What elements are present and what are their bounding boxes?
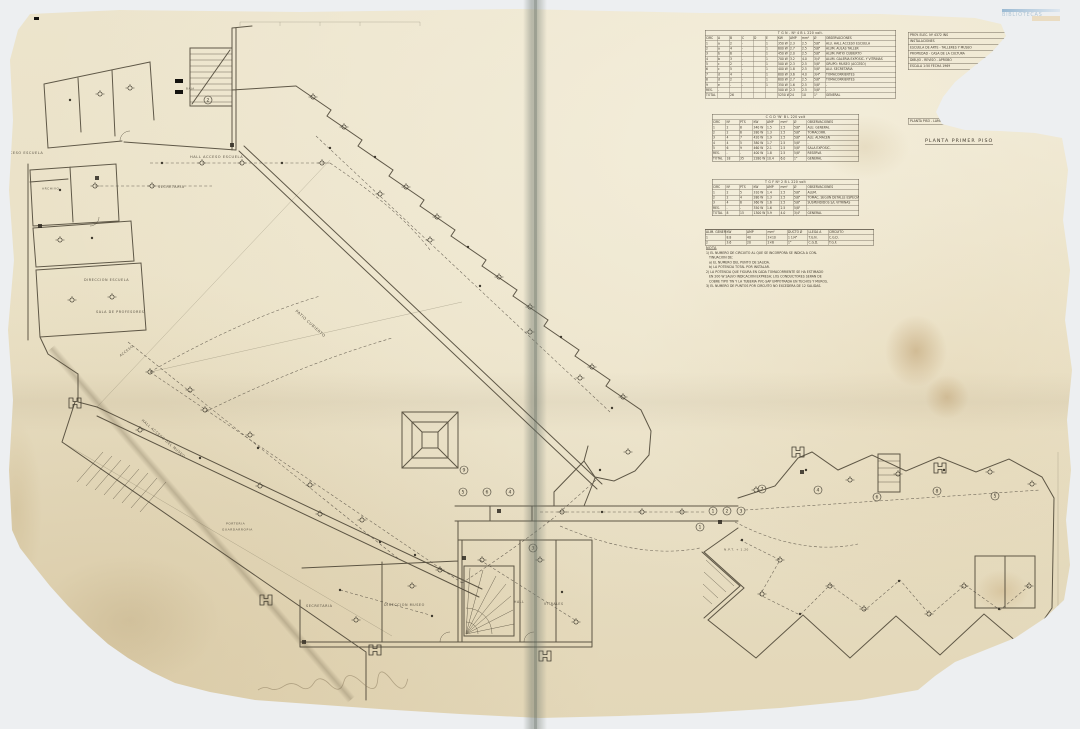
light-fixture-icon [846, 476, 855, 482]
legend-col-header: mm² [801, 36, 813, 41]
legend-cell: 1 [706, 41, 718, 46]
legend-cell: 4.0 [801, 72, 813, 77]
legend-cell: 5/8" [793, 206, 807, 211]
legend-cell: - [741, 62, 753, 67]
legend-cell: 1 [706, 235, 726, 240]
light-fixture-icon [329, 147, 331, 149]
light-fixture-icon [96, 90, 105, 96]
legend-cell: RESERVA [807, 151, 859, 156]
legend-col-header: KW [753, 185, 767, 190]
title-strip-text: PLANTA PISO - LAMINA 2 DE 5 - ESCALA 1:5… [908, 118, 1053, 125]
legend-cell: SUSPENDIDOS S/L VITRINAS [807, 201, 859, 206]
legend-cell: 2.3 [789, 62, 801, 67]
light-fixture-icon [601, 511, 603, 513]
legend-cell: T.G.N. [808, 235, 829, 240]
legend-cell: 500 W [777, 88, 789, 93]
legend-cell: 3.6 [789, 72, 801, 77]
legend-cell: 2.5 [801, 67, 813, 72]
legend-cell: ALU. HALL ACCESO ESCUELA [825, 41, 896, 46]
legend-cell: e [717, 83, 729, 88]
legend-col-header: OBSERVACIONES [825, 36, 896, 41]
light-fixture-icon [108, 293, 117, 299]
legend-col-header: CIRC [713, 185, 726, 190]
legend-col-header: ALIM. GENERAL Nº [706, 230, 726, 235]
legend-cell: - [717, 88, 729, 93]
legend-table-header: CIRCNºPTSKWAMPmm²ØOBSERVACIONES [713, 120, 859, 125]
light-fixture-icon [408, 582, 417, 588]
light-fixture-icon [431, 615, 433, 617]
legend-cell: 4 [739, 195, 753, 200]
svg-text:1: 1 [699, 525, 702, 531]
legend-cell: 6 [729, 52, 741, 57]
legend-cell: 5/8" [813, 52, 825, 57]
legend-cell [753, 41, 765, 46]
legend-cell: 1.9 [766, 136, 780, 141]
legend-cell: 5 [739, 190, 753, 195]
legend-table-row: 1a2-1350 W2.32.55/8"ALU. HALL ACCESO ESC… [706, 41, 896, 46]
plan-title-label: PLANTA PRIMER PISO [925, 138, 993, 145]
svg-text:6: 6 [876, 495, 879, 501]
legend-cell: 420 W [753, 136, 767, 141]
legend-table-row: 6c5-1400 W1.82.55/8"ALU. SECRETARIA [706, 67, 896, 72]
svg-text:9: 9 [463, 468, 466, 474]
legend-cell: 5/8" [793, 125, 807, 130]
legend-cell: 5 [729, 67, 741, 72]
legend-table-row: 9e--1350 W1.62.55/8"- [706, 82, 896, 87]
legend-cell: 5/8" [813, 46, 825, 51]
legend-cell: 1.8 [789, 67, 801, 72]
legend-cell: 3.6 [726, 240, 747, 245]
legend-table-row: 445380 W1.72.55/8"- [713, 140, 859, 145]
legend-cell: 2.5 [780, 195, 794, 200]
legend-cell: 40 [746, 235, 767, 240]
circuit-number-badge: 2 [723, 507, 731, 515]
legend-cell: 1.8 [766, 151, 780, 156]
legend-cell: 15 [739, 211, 753, 216]
legend-cell: 3×10 [767, 235, 788, 240]
legend-cell [741, 93, 753, 98]
legend-cell: 2.5 [801, 78, 813, 83]
legend-cell: 1 [765, 67, 777, 72]
light-fixture-icon [339, 589, 341, 591]
legend-col-header: Ø [793, 185, 807, 190]
legend-cell: SALA EXPOSIC. [807, 146, 859, 151]
legend-cell: 2.5 [780, 206, 794, 211]
legend-col-header: Ø [813, 36, 825, 41]
legend-col-header: Nº [726, 120, 740, 125]
legend-cell: - [741, 67, 753, 72]
legend-cell: ALU. ALMACEN [807, 136, 859, 141]
legend-cell: 280 W [753, 195, 767, 200]
legend-cell: 350 W [777, 41, 789, 46]
light-fixture-icon [414, 554, 416, 556]
legend-cell: 9 [706, 83, 718, 88]
light-fixture-icon [898, 580, 900, 582]
legend-cell [765, 93, 777, 98]
circuit-number-badge: 2 [204, 96, 212, 104]
legend-cell: 1 [713, 125, 726, 130]
light-fixture-icon [776, 556, 785, 562]
registration-mark [175, 90, 183, 94]
light-fixture-icon [799, 613, 801, 615]
legend-table-row: 7d4-1800 W3.64.03/4"TOMACORRIENTES [706, 72, 896, 77]
legend-cell: 5/8" [793, 136, 807, 141]
room-label: PORTERIA [226, 522, 245, 526]
legend-cell: 6 [739, 130, 753, 135]
legend-cell: 1" [793, 156, 807, 161]
legend-cell: 2 [729, 41, 741, 46]
legend-table-row: 23.6202×61"C.G.D.T.G.F. [706, 240, 874, 245]
legend-col-header: AMP [766, 120, 780, 125]
legend-cell: 2.5 [801, 62, 813, 67]
light-fixture-icon [198, 159, 207, 165]
scan-fold-core [534, 0, 537, 729]
circuit-number-badge: 6 [483, 488, 491, 496]
legend-col-header: LLEGA A [808, 230, 829, 235]
legend-cell: 1 [765, 78, 777, 83]
legend-cell: 460 W [753, 146, 767, 151]
legend-cell: 2 [726, 130, 740, 135]
legend-cell: 2.7 [789, 46, 801, 51]
legend-cell: 1 [765, 46, 777, 51]
light-fixture-icon [925, 610, 934, 616]
legend-cell: 8 [739, 125, 753, 130]
legend-cell: - [741, 52, 753, 57]
legend-table-row: TOTAL18352280 W10.46.01"GENERAL [713, 156, 859, 161]
electrical-panel-icon [230, 143, 234, 147]
legend-cell: 3/4" [813, 57, 825, 62]
note-line: 3) EL NUMERO DE PUNTOS POR CIRCUITO NO E… [706, 284, 882, 289]
legend-cell: 350 W [753, 206, 767, 211]
legend-col-header: A [717, 36, 729, 41]
legend-cell [753, 72, 765, 77]
legend-table-header: CIRCNºPTSKWAMPmm²ØOBSERVACIONES [713, 185, 859, 190]
light-fixture-icon [467, 246, 469, 248]
legend-cell: 800 W [777, 72, 789, 77]
registration-mark [30, 6, 36, 9]
legend-table-row: RES.-500 W2.32.55/8"- [706, 87, 896, 92]
legend-cell: 700 W [777, 57, 789, 62]
legend-cell: 1.3 [766, 130, 780, 135]
legend-cell: 2 [729, 62, 741, 67]
circuit-number-badge: 6 [873, 493, 881, 501]
light-fixture-icon [379, 541, 381, 543]
legend-cell: - [726, 151, 740, 156]
legend-cell: GENERAL [807, 156, 859, 161]
legend-cell: ALUM. [807, 190, 859, 195]
legend-col-header: C [741, 36, 753, 41]
legend-cell: 2.5 [780, 136, 794, 141]
legend-cell: 5/8" [813, 62, 825, 67]
registration-mark [175, 79, 183, 83]
room-label: N.P.T. + 1.20 [724, 549, 749, 552]
light-fixture-icon [257, 447, 259, 449]
light-fixture-icon [69, 99, 71, 101]
legend-cell: 4 [726, 136, 740, 141]
legend-col-header: mm² [780, 120, 794, 125]
legend-cell [753, 83, 765, 88]
legend-cell: d [717, 72, 729, 77]
legend-cell: 4 [706, 57, 718, 62]
legend-table: T G F Nº 2 B L 220 voltCIRCNºPTSKWAMPmm²… [712, 179, 859, 216]
light-fixture-icon [91, 182, 100, 188]
legend-table-row: RES.--400 W1.82.55/8"RESERVA [713, 151, 859, 156]
legend-col-header: AMP [789, 36, 801, 41]
svg-text:3: 3 [740, 509, 743, 515]
legend-cell: 5.9 [766, 211, 780, 216]
legend-cell: 1 [765, 41, 777, 46]
legend-cell: 18 [726, 156, 740, 161]
legend-table-row: 226280 W1.32.55/8"TOMACORR. [713, 130, 859, 135]
legend-cell: 6 [739, 201, 753, 206]
room-label: ARCHIVO [42, 187, 59, 191]
light-fixture-icon [561, 591, 563, 593]
legend-cell: - [726, 206, 740, 211]
legend-cell: 3 [729, 57, 741, 62]
legend-col-header: Nº [726, 185, 740, 190]
light-fixture-icon [741, 539, 743, 541]
legend-cell: GENERAL [825, 93, 896, 98]
legend-cell: - [807, 206, 859, 211]
legend-cell: 450 W [777, 52, 789, 57]
legend-cell: 280 W [753, 130, 767, 135]
legend-cell: d [717, 78, 729, 83]
legend-cell: 1 [765, 83, 777, 88]
legend-cell: 1 [765, 57, 777, 62]
legend-cell: 5 [739, 141, 753, 146]
legend-cell: 2 [706, 240, 726, 245]
legend-table-row: 569460 W2.12.55/8"SALA EXPOSIC. [713, 145, 859, 150]
room-label: SALA DE PROFESORES [96, 310, 144, 314]
legend-cell: 2 [726, 125, 740, 130]
light-fixture-icon [199, 457, 201, 459]
legend-cell: b [717, 57, 729, 62]
legend-cell: 2 [726, 195, 740, 200]
svg-text:4: 4 [509, 490, 512, 496]
legend-cell: 2.5 [780, 125, 794, 130]
legend-cell: 3/4" [813, 72, 825, 77]
legend-cell: 3 [713, 201, 726, 206]
legend-cell: ALU. SECRETARIA [825, 67, 896, 72]
circuit-number-badge: 4 [814, 486, 822, 494]
legend-cell: 1.6 [766, 206, 780, 211]
svg-text:6: 6 [486, 490, 489, 496]
legend-cell: 2 [706, 46, 718, 51]
legend-cell: 5/8" [793, 195, 807, 200]
legend-cell: 2.5 [801, 88, 813, 93]
legend-cell: - [739, 206, 753, 211]
circuit-number-badge: 1 [696, 523, 704, 531]
legend-table-row: 4b3-1700 W3.24.03/4"ALUM. GALERIA EXPOSI… [706, 56, 896, 61]
legend-cell [765, 88, 777, 93]
electrical-panel-icon [497, 509, 501, 513]
legend-cell: - [741, 46, 753, 51]
legend-cell: 6 [706, 67, 718, 72]
legend-col-header: mm² [767, 230, 788, 235]
legend-cell: TOTAL [713, 156, 726, 161]
legend-cell [753, 93, 765, 98]
guide-lines [62, 22, 1058, 640]
light-fixture-icon [238, 159, 247, 165]
legend-cell: 2.1 [766, 146, 780, 151]
legend-cell [741, 88, 753, 93]
legend-cell [753, 78, 765, 83]
legend-cell: 5 [706, 62, 718, 67]
legend-cell [753, 88, 765, 93]
legend-col-header: AMP [766, 185, 780, 190]
legend-cell: 2.5 [780, 141, 794, 146]
legend-cell: 5/8" [793, 146, 807, 151]
legend-table-row: 8d2-1600 W2.72.55/8"TOMACORRIENTES [706, 77, 896, 82]
light-fixture-icon [986, 468, 995, 474]
legend-cell: - [729, 83, 741, 88]
legend-cell: 1 [765, 72, 777, 77]
legend-cell: 2.0 [789, 52, 801, 57]
registration-mark [8, 12, 12, 14]
legend-cell: 4 [729, 46, 741, 51]
legend-cell: 10 [801, 93, 813, 98]
legend-cell: 2.3 [789, 88, 801, 93]
legend-cell: - [741, 78, 753, 83]
svg-text:2: 2 [726, 509, 729, 515]
light-fixture-icon [318, 159, 327, 165]
room-label: SECRETARIA [158, 185, 185, 189]
legend-cell: a [717, 41, 729, 46]
legend-cell: 26 [729, 93, 741, 98]
light-fixture-icon [479, 285, 481, 287]
legend-col-header: PTS [739, 185, 753, 190]
notes-title: NOTA [706, 246, 882, 250]
legend-cell: 380 W [753, 141, 767, 146]
legend-cell: 2×6 [767, 240, 788, 245]
column-marker-icon [792, 447, 804, 457]
legend-cell: 1.6 [789, 83, 801, 88]
legend-cell: 5/8" [813, 78, 825, 83]
library-watermark: BIBLIOTECAS [1002, 9, 1080, 23]
legend-cell: 5/8" [793, 151, 807, 156]
legend-cell: - [825, 88, 896, 93]
circuit-number-badge: 5 [459, 488, 467, 496]
legend-cell: 400 W [777, 67, 789, 72]
legend-cell: TOMAC. SEGUN DETALLE ESPECIAL [807, 195, 859, 200]
legend-cell: ALU. GENERAL [807, 125, 859, 130]
electrical-panel-icon [800, 470, 804, 474]
legend-cell: 3/4" [793, 211, 807, 216]
legend-cell: ALUM. PATIO CUBIERTO [825, 52, 896, 57]
legend-table-row: 128340 W1.52.55/8"ALU. GENERAL [713, 125, 859, 130]
title-block: PROY. ELEC. Nº 4372 INSINSTALACIONESESCU… [908, 32, 1039, 70]
light-fixture-icon [68, 296, 77, 302]
legend-table-row: 3b6-1450 W2.02.55/8"ALUM. PATIO CUBIERTO [706, 51, 896, 56]
legend-cell: 2.5 [801, 83, 813, 88]
legend-cell: 400 W [753, 151, 767, 156]
legend-cell: 8 [726, 211, 740, 216]
legend-cell [729, 88, 741, 93]
electrical-panel-icon [95, 176, 99, 180]
legend-cell: 5/8" [793, 130, 807, 135]
legend-table-row: 5c2-1500 W2.32.55/8"GRUPO: MUSEO (ACCESO… [706, 61, 896, 66]
legend-cell: 310 W [753, 190, 767, 195]
legend-cell: - [741, 41, 753, 46]
legend-cell [717, 93, 729, 98]
registration-mark [34, 17, 39, 20]
legend-table-row: TOTAL8151300 W5.94.03/4"GENERAL [713, 210, 859, 215]
light-fixture-icon [638, 508, 647, 514]
legend-cell: 1" [813, 93, 825, 98]
legend-cell: 1 [765, 62, 777, 67]
legend-cell: 600 W [777, 46, 789, 51]
legend-col-header: KW [753, 120, 767, 125]
legend-cell: - [825, 83, 896, 88]
light-fixture-icon [678, 508, 687, 514]
circuit-number-badge: 4 [506, 488, 514, 496]
svg-text:5: 5 [994, 494, 997, 500]
legend-cell: - [741, 72, 753, 77]
legend-cell: 2.7 [789, 78, 801, 83]
room-label: ACCESO ESCUELA [4, 151, 43, 155]
light-fixture-icon [560, 336, 562, 338]
scanned-blueprint-viewer: 291235643746851 ACCESO ESCUELAHALL ACCES… [0, 0, 1080, 729]
light-fixture-icon [56, 236, 65, 242]
legend-cell: 4 [726, 201, 740, 206]
legend-cell: 2 [713, 130, 726, 135]
legend-cell: 5/8" [813, 83, 825, 88]
legend-cell: TOTAL [706, 93, 718, 98]
legend-cell: - [739, 151, 753, 156]
legend-cell: 7 [706, 72, 718, 77]
legend-cell: a [717, 46, 729, 51]
svg-text:2: 2 [207, 98, 210, 104]
title-block-row: ESCALA 1:50 FECHA 1969 [908, 64, 1039, 70]
legend-cell: 9 [739, 146, 753, 151]
legend-cell: 24 [789, 93, 801, 98]
light-fixture-icon [281, 162, 283, 164]
legend-cell: ALUM. AULAS TALLER [825, 46, 896, 51]
legend-table-header: ALIM. GENERAL NºKWAMPmm²DUCTO ØLLEGA ACI… [706, 230, 874, 235]
legend-cell: 2.5 [780, 190, 794, 195]
legend-cell: 20 [746, 240, 767, 245]
legend-cell: 3 [706, 52, 718, 57]
legend-col-header: OBSERVACIONES [807, 185, 859, 190]
legend-col-header: B [729, 36, 741, 41]
legend-cell: TOTAL [713, 211, 726, 216]
room-label: BAJA [186, 88, 195, 91]
legend-table-row: 224280 W1.32.55/8"TOMAC. SEGUN DETALLE E… [713, 195, 859, 200]
light-fixture-icon [148, 182, 157, 188]
legend-cell: 6 [726, 146, 740, 151]
legend-table-row: 2a4-1600 W2.72.55/8"ALUM. AULAS TALLER [706, 46, 896, 51]
legend-cell [753, 67, 765, 72]
legend-cell: b [717, 52, 729, 57]
legend-cell: 500 W [777, 62, 789, 67]
legend-cell: 5/8" [813, 67, 825, 72]
legend-cell [753, 46, 765, 51]
legend-cell: 5/8" [793, 141, 807, 146]
legend-col-header: E [765, 36, 777, 41]
legend-cell: 4 [726, 141, 740, 146]
legend-col-header: KW [726, 230, 747, 235]
light-fixture-icon [599, 469, 601, 471]
legend-cell: 4.0 [780, 211, 794, 216]
legend-table-header: CIRCABCDEKWAMPmm²ØOBSERVACIONES [706, 36, 896, 41]
legend-cell: RES. [713, 151, 726, 156]
legend-cell [753, 57, 765, 62]
legend-cell: 360 W [753, 201, 767, 206]
legend-cell [753, 52, 765, 57]
svg-text:7: 7 [761, 487, 764, 493]
legend-cell: 5/8" [793, 190, 807, 195]
legend-cell: 600 W [777, 78, 789, 83]
